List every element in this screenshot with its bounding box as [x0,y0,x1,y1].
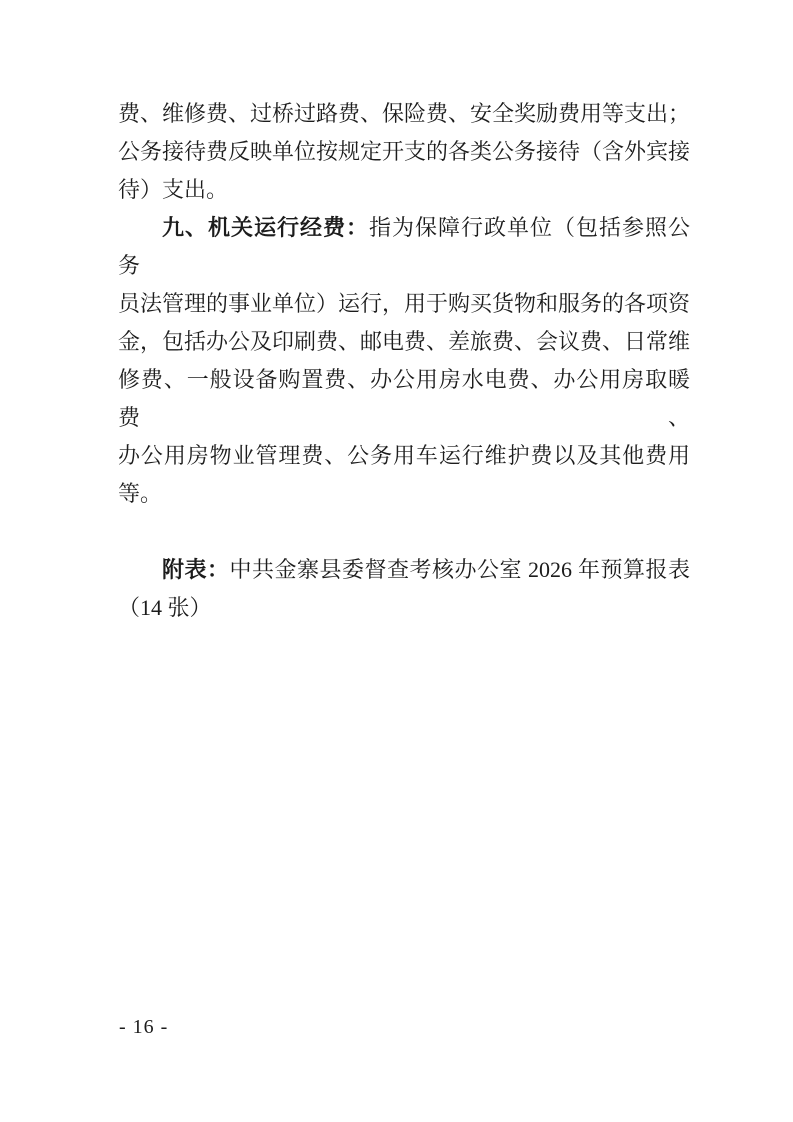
text-line: 附表：中共金寨县委督查考核办公室 2026 年预算报表 [118,551,690,589]
text-line: 待）支出。 [118,171,690,209]
para-agency-operating-funds: 九、机关运行经费：指为保障行政单位（包括参照公务员法管理的事业单位）运行，用于购… [118,209,690,513]
document-page: 费、维修费、过桥过路费、保险费、安全奖励费用等支出；公务接待费反映单位按规定开支… [0,0,793,1122]
text-line: 公务接待费反映单位按规定开支的各类公务接待（含外宾接 [118,133,690,171]
bold-lead-text: 九、机关运行经费： [162,215,369,240]
body-text: 办公用房物业管理费、公务用车运行维护费以及其他费用等。 [118,443,690,506]
body-text: 公务接待费反映单位按规定开支的各类公务接待（含外宾接 [118,139,690,164]
body-text: （14 张） [118,595,212,620]
text-line: 金，包括办公及印刷费、邮电费、差旅费、会议费、日常维 [118,323,690,361]
body-text: 金，包括办公及印刷费、邮电费、差旅费、会议费、日常维 [118,329,690,354]
text-line: 费、维修费、过桥过路费、保险费、安全奖励费用等支出； [118,95,690,133]
para-vehicle-and-reception-expense: 费、维修费、过桥过路费、保险费、安全奖励费用等支出；公务接待费反映单位按规定开支… [118,95,690,209]
text-line: 修费、一般设备购置费、办公用房水电费、办公用房取暖费、 [118,361,690,437]
document-body: 费、维修费、过桥过路费、保险费、安全奖励费用等支出；公务接待费反映单位按规定开支… [118,95,690,627]
text-line: （14 张） [118,589,690,627]
body-text: 费、维修费、过桥过路费、保险费、安全奖励费用等支出； [118,101,690,126]
body-text: 员法管理的事业单位）运行，用于购买货物和服务的各项资 [118,291,690,316]
body-text: 待）支出。 [118,177,228,202]
text-line: 九、机关运行经费：指为保障行政单位（包括参照公务 [118,209,690,285]
body-text: 修费、一般设备购置费、办公用房水电费、办公用房取暖费、 [118,367,690,430]
text-line: 员法管理的事业单位）运行，用于购买货物和服务的各项资 [118,285,690,323]
text-line: 办公用房物业管理费、公务用车运行维护费以及其他费用等。 [118,437,690,513]
page-number: - 16 - [119,1013,168,1041]
bold-lead-text: 附表： [162,557,230,582]
body-text: 中共金寨县委督查考核办公室 2026 年预算报表 [230,557,690,582]
para-attachment-note: 附表：中共金寨县委督查考核办公室 2026 年预算报表（14 张） [118,551,690,627]
